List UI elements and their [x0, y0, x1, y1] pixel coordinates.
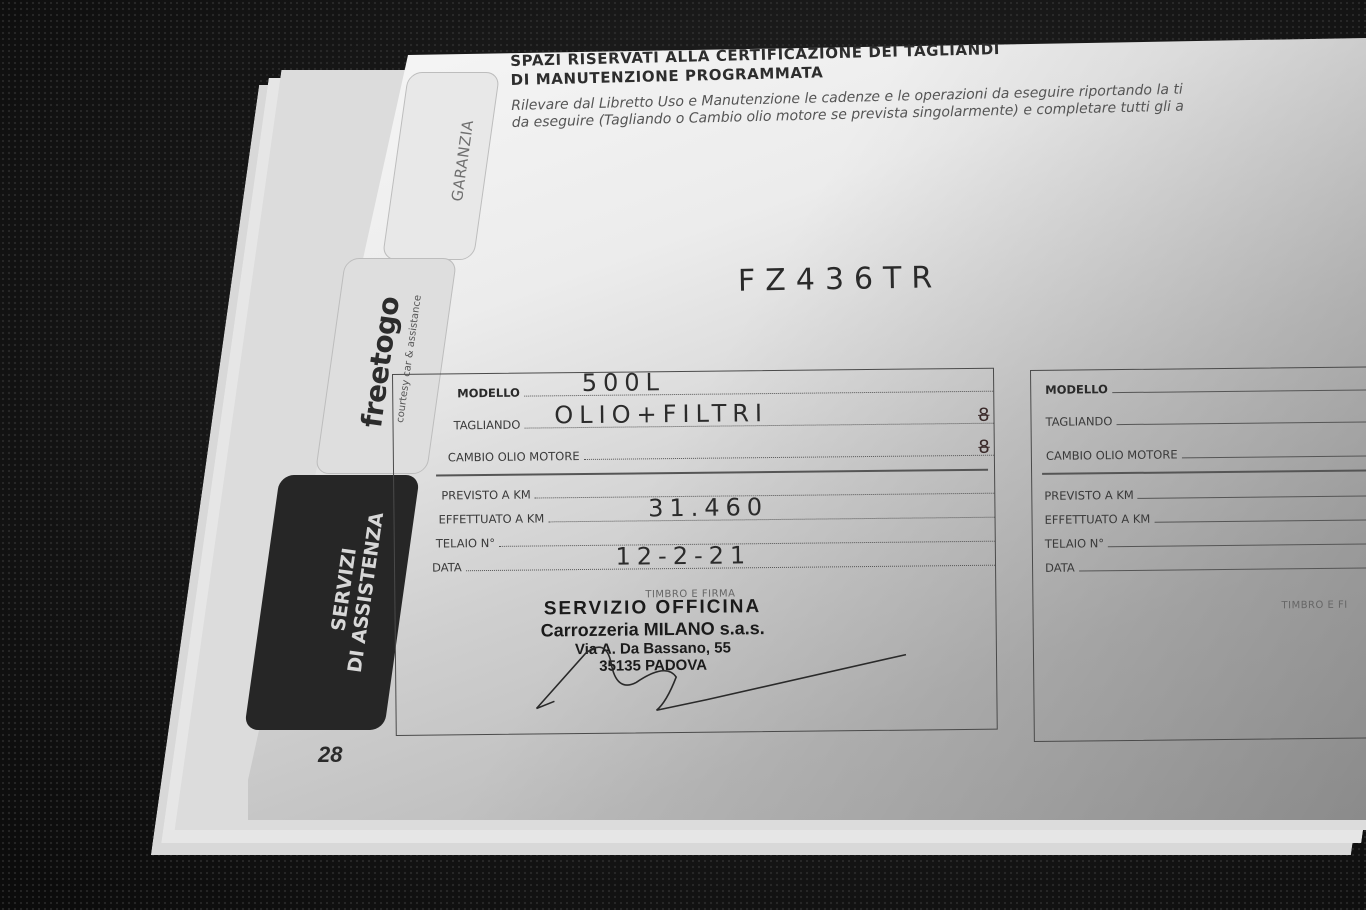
handwritten-plate-number: FZ436TR	[738, 260, 943, 299]
timbro-label: TIMBRO E FI	[1281, 600, 1347, 612]
field-modello: MODELLO	[1031, 373, 1366, 397]
field-tagliando: TAGLIANDO OLIO+FILTRI 8	[393, 407, 993, 433]
value-effettuato: 31.460	[648, 493, 768, 522]
field-modello: MODELLO 500L	[393, 375, 993, 401]
service-booklet: GARANZIA freetogo courtesy car & assista…	[0, 0, 1366, 910]
checkmark-cambio-olio: 8	[978, 437, 990, 458]
divider	[436, 469, 988, 476]
page-header: SPAZI RISERVATI ALLA CERTIFICAZIONE DEI …	[510, 36, 1184, 132]
field-cambio-olio: CAMBIO OLIO MOTORE 8	[394, 439, 994, 465]
value-tagliando: OLIO+FILTRI	[554, 399, 768, 429]
page-number: 28	[318, 742, 342, 768]
signature	[526, 619, 927, 723]
field-tagliando: TAGLIANDO	[1031, 405, 1366, 429]
field-data: DATA	[1033, 551, 1366, 575]
field-cambio-olio: CAMBIO OLIO MOTORE	[1032, 439, 1366, 463]
divider	[1042, 469, 1366, 474]
field-data: DATA 12-2-21	[395, 549, 995, 575]
value-modello: 500L	[582, 368, 665, 397]
field-effettuato: EFFETTUATO A KM	[1032, 503, 1366, 527]
value-data: 12-2-21	[615, 541, 751, 570]
checkmark-tagliando: 8	[978, 405, 990, 426]
field-telaio: TELAIO N°	[1033, 527, 1366, 551]
service-form-completed: MODELLO 500L TAGLIANDO OLIO+FILTRI 8 CAM…	[392, 368, 998, 736]
field-previsto: PREVISTO A KM	[1032, 479, 1366, 503]
field-effettuato: EFFETTUATO A KM 31.460	[394, 501, 994, 527]
service-form-empty: MODELLO TAGLIANDO CAMBIO OLIO MOTORE PRE…	[1030, 366, 1366, 742]
